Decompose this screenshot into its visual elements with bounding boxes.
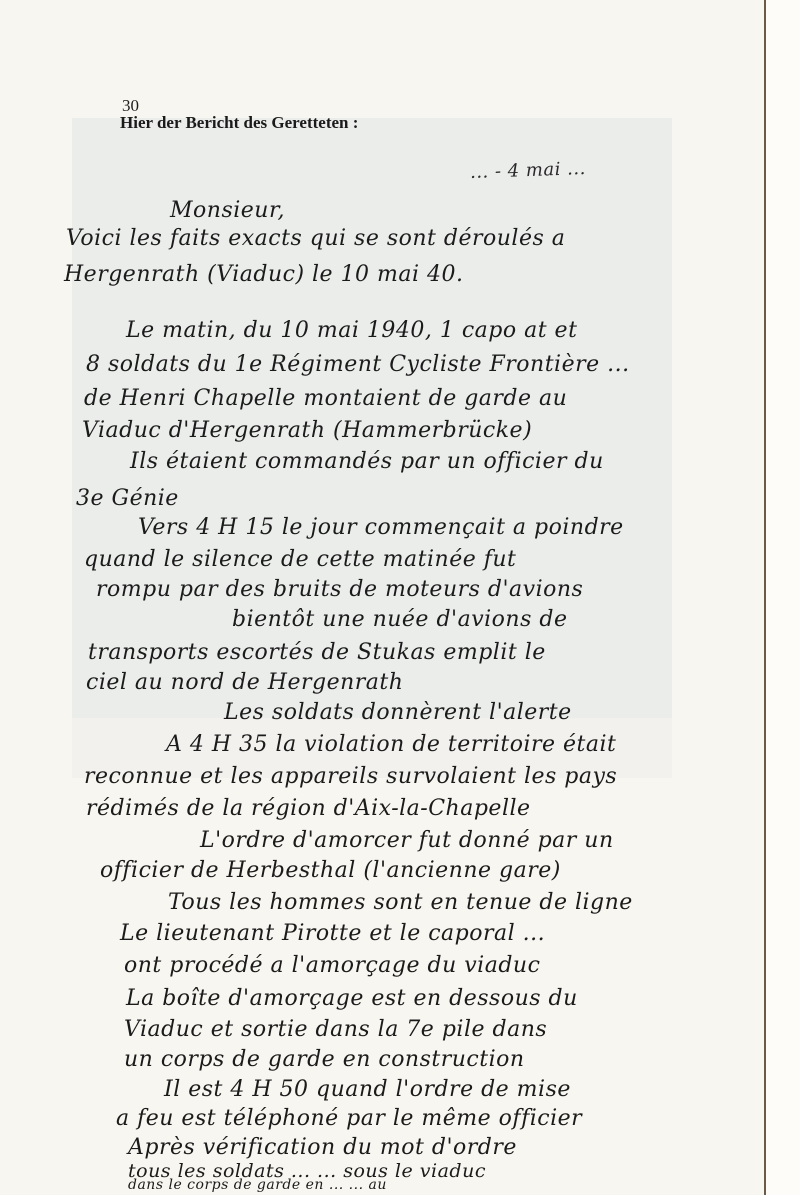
letter-line: bientôt une nuée d'avions de (232, 607, 567, 632)
letter-line: officier de Herbesthal (l'ancienne gare) (100, 858, 561, 883)
letter-line: Le lieutenant Pirotte et le caporal ... (120, 921, 545, 946)
handwritten-letter: ... - 4 mai ... Monsieur, Voici les fait… (0, 0, 765, 1195)
letter-line: de Henri Chapelle montaient de garde au (84, 386, 567, 411)
letter-line: L'ordre d'amorcer fut donné par un (200, 828, 614, 853)
letter-line: Tous les hommes sont en tenue de ligne (168, 890, 633, 915)
letter-line: Après vérification du mot d'ordre (128, 1135, 517, 1160)
letter-line: A 4 H 35 la violation de territoire étai… (166, 732, 616, 757)
letter-line: 3e Génie (76, 486, 179, 511)
letter-salutation: Monsieur, (170, 198, 285, 223)
letter-line: Ils étaient commandés par un officier du (130, 449, 604, 474)
letter-line: Voici les faits exacts qui se sont dérou… (66, 226, 565, 251)
letter-line: Il est 4 H 50 quand l'ordre de mise (164, 1077, 571, 1102)
letter-line: Hergenrath (Viaduc) le 10 mai 40. (64, 262, 464, 287)
letter-line: transports escortés de Stukas emplit le (88, 640, 546, 665)
letter-line: Les soldats donnèrent l'alerte (224, 700, 572, 725)
right-margin (766, 0, 800, 1195)
letter-line: 8 soldats du 1e Régiment Cycliste Fronti… (86, 352, 630, 377)
letter-line: rédimés de la région d'Aix-la-Chapelle (86, 796, 531, 821)
letter-line: Viaduc d'Hergenrath (Hammerbrücke) (82, 418, 532, 443)
letter-line: reconnue et les appareils survolaient le… (84, 764, 617, 789)
letter-line: rompu par des bruits de moteurs d'avions (96, 577, 583, 602)
letter-line: Vers 4 H 15 le jour commençait a poindre (138, 515, 624, 540)
letter-line: Le matin, du 10 mai 1940, 1 capo at et (126, 318, 577, 343)
letter-line: La boîte d'amorçage est en dessous du (126, 986, 578, 1011)
letter-line: a feu est téléphoné par le même officier (116, 1106, 582, 1131)
letter-line: ont procédé a l'amorçage du viaduc (124, 953, 540, 978)
letter-date: ... - 4 mai ... (470, 158, 586, 183)
letter-line: quand le silence de cette matinée fut (84, 547, 516, 572)
letter-line: ciel au nord de Hergenrath (86, 670, 403, 695)
letter-line: Viaduc et sortie dans la 7e pile dans (124, 1017, 547, 1042)
letter-line: un corps de garde en construction (124, 1047, 525, 1072)
